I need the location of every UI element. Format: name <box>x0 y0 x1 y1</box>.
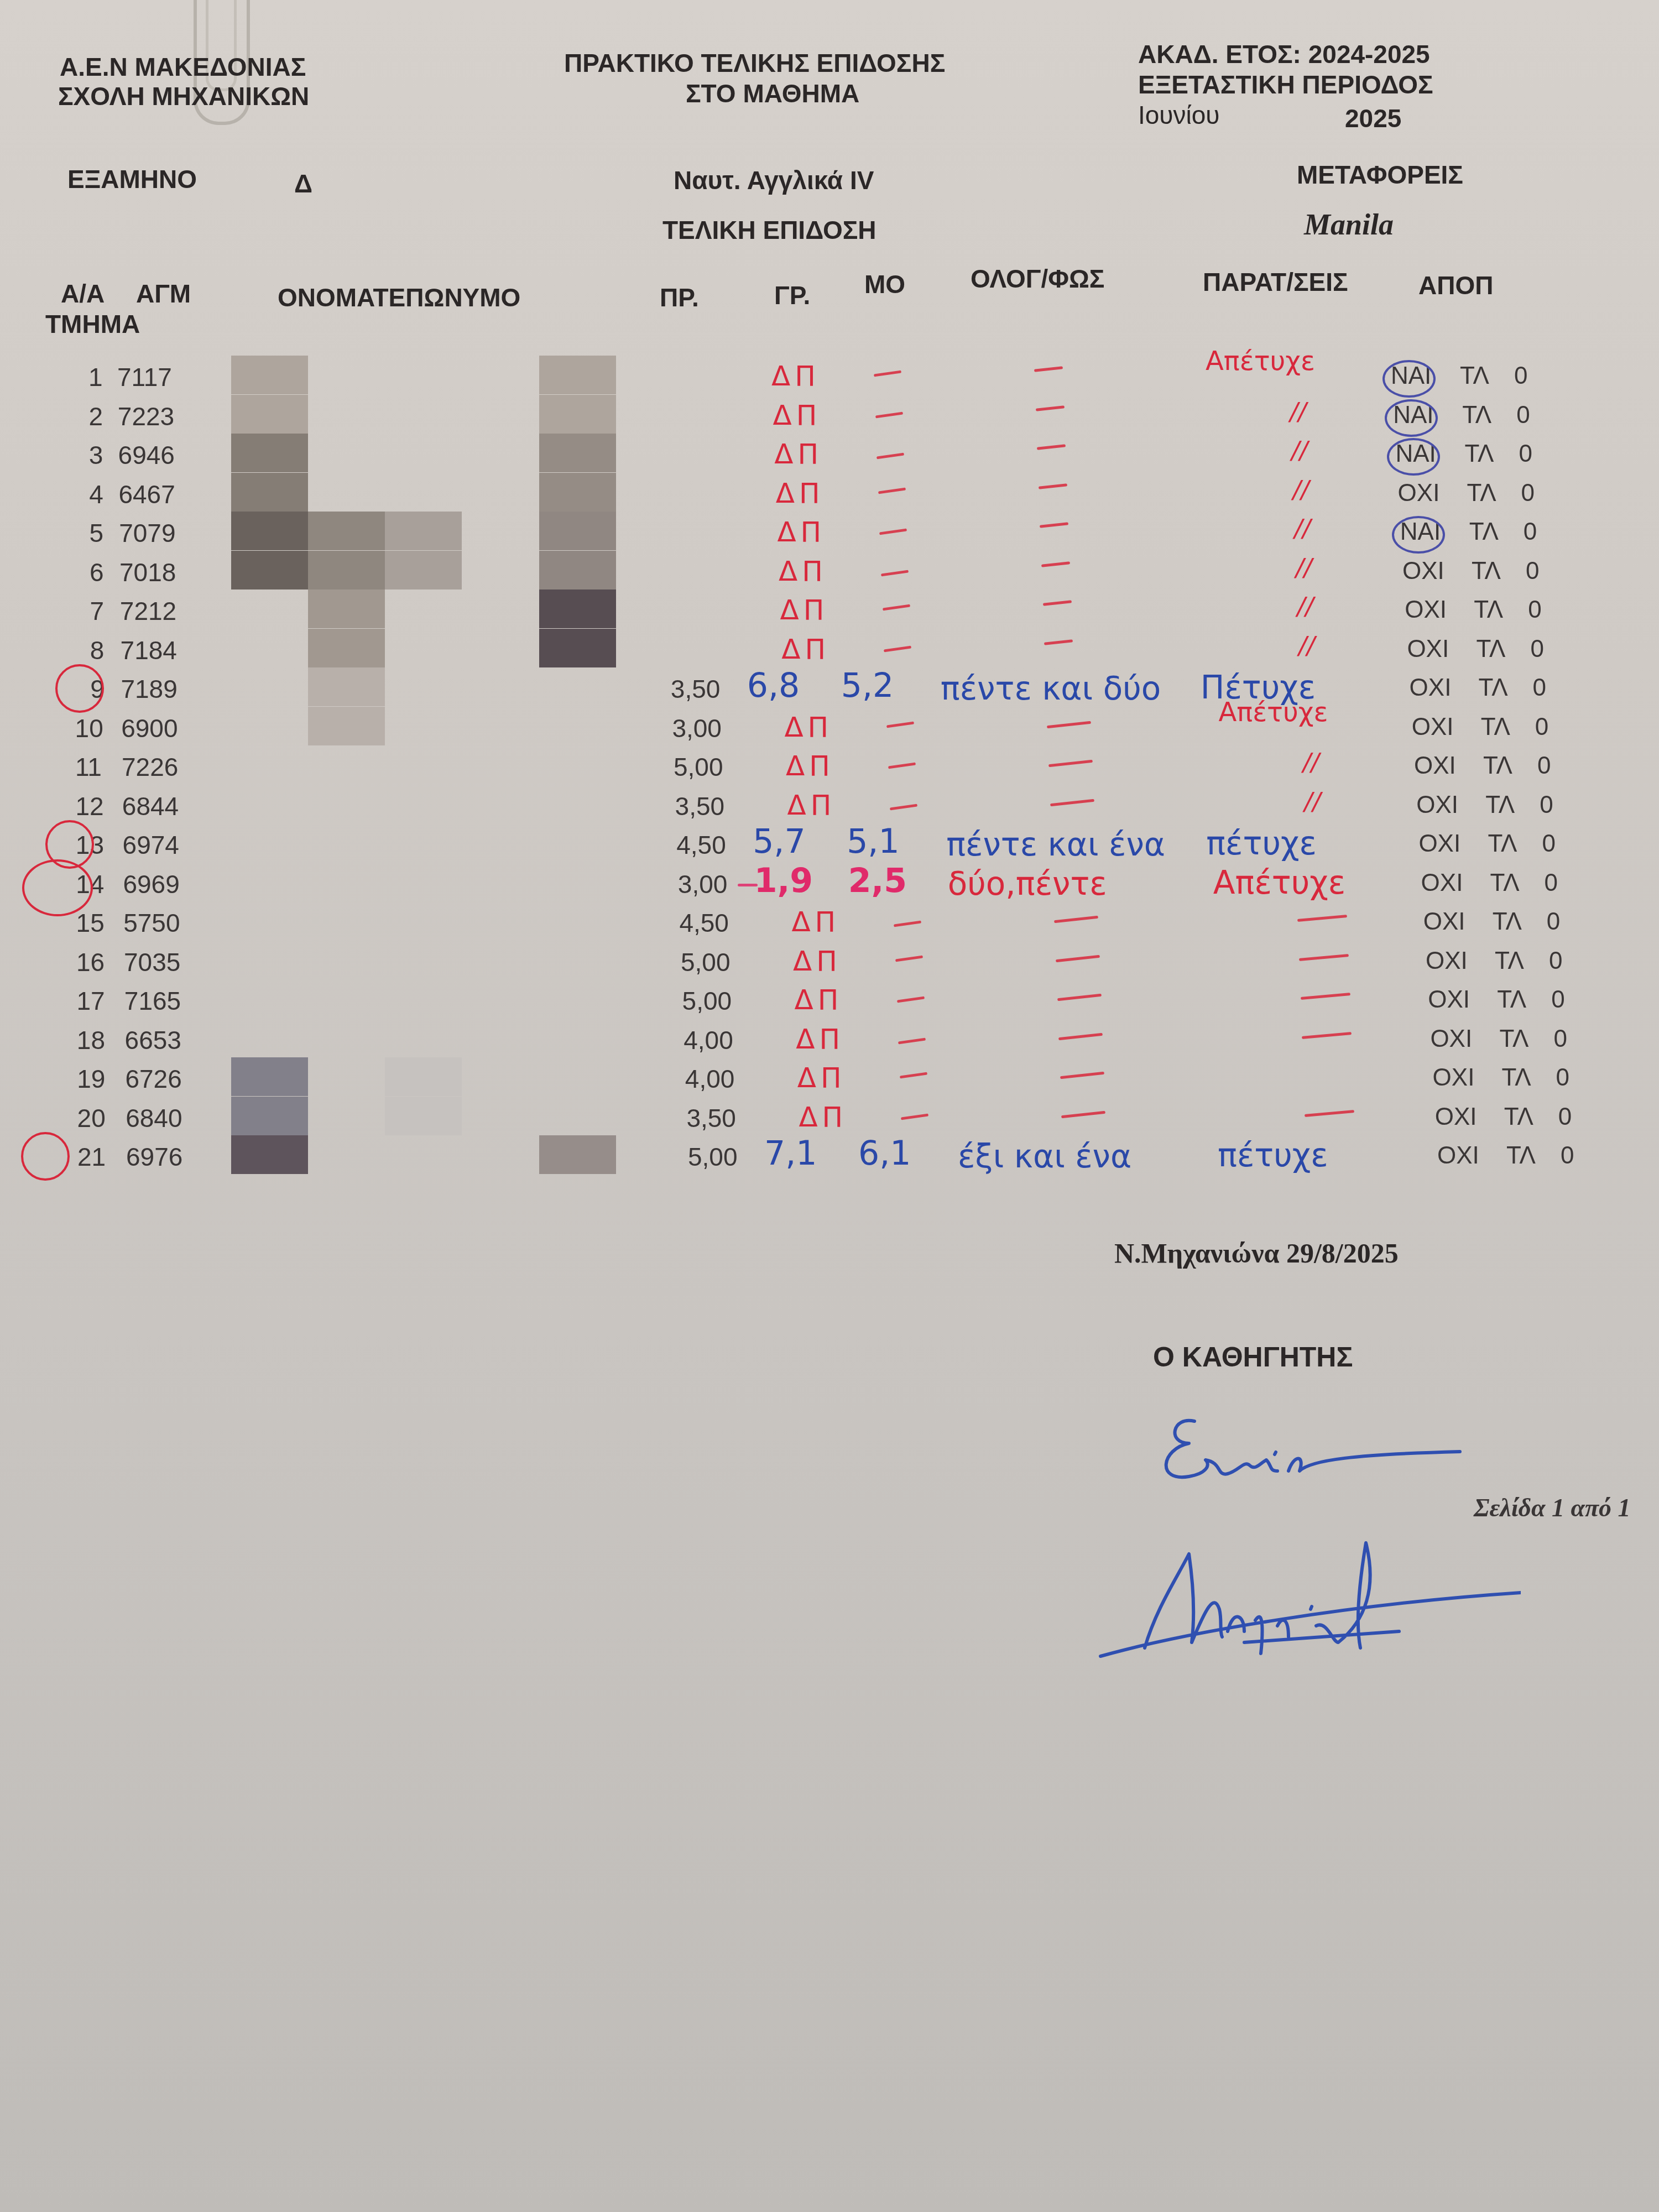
remarks: // <box>1294 515 1311 543</box>
empty-mark-dash <box>878 487 906 494</box>
table-row: 87184ΔΠ//ΟΧΙΤΛ0 <box>0 635 1659 674</box>
student-id: 6653 <box>125 1025 181 1055</box>
empty-mark-dash <box>1050 799 1094 806</box>
table-row: 1469693,001,92,5δύο,πέντεΑπέτυχεΟΧΙΤΛ0 <box>0 869 1659 908</box>
approval-circle-icon <box>1392 516 1445 554</box>
tl-label: ΤΛ <box>1469 518 1499 546</box>
approval-status: ΟΧΙ <box>1418 830 1460 858</box>
tl-label: ΤΛ <box>1481 713 1510 741</box>
col-ologrfos: ΟΛΟΓ/ΦΩΣ <box>971 264 1104 293</box>
table-row: 1866534,00ΔΠΟΧΙΤΛ0 <box>0 1025 1659 1064</box>
empty-mark-dash <box>1302 1032 1352 1039</box>
institution-name: Α.Ε.Ν ΜΑΚΕΔΟΝΙΑΣ <box>60 53 306 81</box>
tl-label: ΤΛ <box>1474 596 1503 624</box>
tl-value: 0 <box>1535 713 1548 741</box>
empty-mark-dash <box>895 955 923 962</box>
approval-circle-icon <box>1385 399 1438 437</box>
row-number: 6 <box>90 557 104 587</box>
approval-status: ΟΧΙ <box>1414 752 1456 780</box>
approval-status: ΟΧΙ <box>1426 947 1468 975</box>
tl-value: 0 <box>1542 830 1555 858</box>
tl-label: ΤΛ <box>1483 752 1512 780</box>
professor-signatures <box>1078 1410 1521 1687</box>
grade-pr: 5,00 <box>682 986 732 1016</box>
col-mo: ΜΟ <box>864 270 905 299</box>
grade-gr: ΔΠ <box>780 594 829 626</box>
grade-gr: ΔΠ <box>797 1062 846 1094</box>
student-id: 7189 <box>121 674 177 704</box>
tl-label: ΤΛ <box>1499 1025 1528 1053</box>
empty-mark-dash <box>1305 1110 1354 1117</box>
student-id: 7035 <box>124 947 180 977</box>
tl-value: 0 <box>1521 479 1535 507</box>
empty-mark-dash <box>877 453 904 460</box>
empty-mark-dash <box>901 1113 928 1120</box>
grade-gr: ΔΠ <box>799 1101 847 1133</box>
grade-pr: 4,00 <box>684 1025 733 1055</box>
remarks: Απέτυχε <box>1218 697 1328 728</box>
tl-value: 0 <box>1545 869 1558 897</box>
tl-label: ΤΛ <box>1488 830 1517 858</box>
grade-pr: 4,50 <box>676 830 726 860</box>
approval-status: ΟΧΙ <box>1402 557 1444 585</box>
student-id: 6969 <box>123 869 179 899</box>
tl-value: 0 <box>1558 1103 1572 1131</box>
tl-label: ΤΛ <box>1490 869 1520 897</box>
grade-mo: 6,1 <box>858 1134 911 1173</box>
col-pr: ΠΡ. <box>660 283 699 312</box>
table-row: 1069003,00ΔΠΑπέτυχεΟΧΙΤΛ0 <box>0 713 1659 752</box>
approval-status: ΟΧΙ <box>1437 1142 1479 1170</box>
tl-label: ΤΛ <box>1493 908 1522 936</box>
empty-mark-dash <box>1044 639 1073 645</box>
table-row: 1268443,50ΔΠ//ΟΧΙΤΛ0 <box>0 791 1659 830</box>
empty-mark-dash <box>881 570 909 576</box>
student-id: 6946 <box>118 440 175 470</box>
empty-mark-dash <box>1041 561 1070 567</box>
approval-status: ΟΧΙ <box>1430 1025 1472 1053</box>
student-id: 7018 <box>119 557 176 587</box>
empty-mark-dash <box>1034 366 1063 372</box>
tl-value: 0 <box>1537 752 1551 780</box>
row-number: 12 <box>75 791 103 821</box>
tl-label: ΤΛ <box>1506 1142 1536 1170</box>
document-subtitle: ΣΤΟ ΜΑΘΗΜΑ <box>686 79 859 108</box>
highlight-circle-icon <box>21 1132 70 1181</box>
grade-gr: ΔΠ <box>781 633 830 665</box>
empty-mark-dash <box>1297 915 1347 922</box>
grade-gr: ΔΠ <box>774 438 823 470</box>
tl-value: 0 <box>1556 1064 1569 1092</box>
empty-mark-dash <box>896 997 924 1003</box>
tl-value: 0 <box>1524 518 1537 546</box>
approval-status: ΟΧΙ <box>1421 869 1463 897</box>
approval-status: ΟΧΙ <box>1412 713 1454 741</box>
tl-value: 0 <box>1547 908 1560 936</box>
grade-gr: ΔΠ <box>777 516 826 548</box>
table-row: 2068403,50ΔΠΟΧΙΤΛ0 <box>0 1103 1659 1142</box>
empty-mark-dash <box>1058 1032 1103 1040</box>
student-id: 7212 <box>120 596 176 626</box>
col-remarks: ΠΑΡΑΤ/ΣΕΙΣ <box>1203 268 1348 296</box>
empty-mark-dash <box>898 1037 926 1044</box>
row-number: 21 <box>77 1142 106 1172</box>
grade-gr: ΔΠ <box>779 555 827 587</box>
grade-mo: 5,1 <box>847 822 899 861</box>
student-id: 7079 <box>119 518 175 548</box>
row-number: 18 <box>77 1025 105 1055</box>
tl-value: 0 <box>1516 401 1530 429</box>
remarks: // <box>1293 476 1310 504</box>
empty-mark-dash <box>875 411 902 418</box>
row-number: 20 <box>77 1103 106 1133</box>
col-agm: ΑΓΜ <box>136 279 191 308</box>
row-number: 8 <box>90 635 105 665</box>
grade-gr: ΔΠ <box>795 984 843 1016</box>
row-number: 3 <box>89 440 103 470</box>
tl-label: ΤΛ <box>1460 362 1489 390</box>
student-id: 6974 <box>123 830 179 860</box>
grade-gr: ΔΠ <box>787 789 836 821</box>
empty-mark-dash <box>1047 721 1091 728</box>
grade-gr: 1,9 <box>754 862 813 900</box>
student-id: 7184 <box>121 635 177 665</box>
student-id: 6976 <box>126 1142 182 1172</box>
grade-pr: 3,50 <box>675 791 725 821</box>
tl-label: ΤΛ <box>1485 791 1515 819</box>
approval-status: ΟΧΙ <box>1416 791 1458 819</box>
highlight-circle-icon <box>55 664 104 713</box>
remarks: // <box>1290 398 1307 426</box>
grade-pr: 3,00 <box>672 713 722 743</box>
grade-gr: ΔΠ <box>793 945 842 977</box>
grade-pr: 4,50 <box>679 908 729 938</box>
remarks: // <box>1291 437 1308 465</box>
table-row: 1172265,00ΔΠ//ΟΧΙΤΛ0 <box>0 752 1659 791</box>
table-row: 46467ΔΠ//ΟΧΙΤΛ0 <box>0 479 1659 518</box>
table-row: 27223ΔΠ//ΝΑΙΤΛ0 <box>0 401 1659 440</box>
empty-mark-dash <box>1042 600 1071 606</box>
remarks: // <box>1305 788 1321 816</box>
exam-period-label: ΕΞΕΤΑΣΤΙΚΗ ΠΕΡΙΟΔΟΣ <box>1138 70 1433 99</box>
empty-mark-dash <box>1056 954 1100 962</box>
tl-label: ΤΛ <box>1464 440 1494 468</box>
remarks: // <box>1296 554 1312 582</box>
signature-1-icon <box>1166 1421 1460 1477</box>
tl-value: 0 <box>1528 596 1541 624</box>
exam-year: 2025 <box>1345 104 1401 133</box>
student-id: 6726 <box>125 1064 181 1094</box>
approval-status: ΟΧΙ <box>1407 635 1449 663</box>
empty-mark-dash <box>1040 522 1068 528</box>
empty-mark-dash <box>1039 483 1067 489</box>
table-row: 1369744,505,75,1πέντε και έναπέτυχεΟΧΙΤΛ… <box>0 830 1659 869</box>
col-name: ΟΝΟΜΑΤΕΠΩΝΥΜΟ <box>278 283 520 312</box>
grade-pr: 5,00 <box>674 752 723 782</box>
tl-value: 0 <box>1533 674 1546 702</box>
table-row: 17117ΔΠΑπέτυχεΝΑΙΤΛ0 <box>0 362 1659 401</box>
remarks: // <box>1298 632 1315 660</box>
remarks: πέτυχε <box>1206 825 1317 862</box>
grade-pr: 4,00 <box>685 1064 735 1094</box>
row-number: 7 <box>90 596 104 626</box>
empty-mark-dash <box>874 371 901 377</box>
minus-mark <box>738 884 758 886</box>
grade-gr: ΔΠ <box>771 360 820 392</box>
grade-gr: ΔΠ <box>776 477 825 509</box>
tl-label: ΤΛ <box>1472 557 1501 585</box>
table-row: 77212ΔΠ//ΟΧΙΤΛ0 <box>0 596 1659 635</box>
tl-label: ΤΛ <box>1502 1064 1531 1092</box>
remarks: Απέτυχε <box>1206 346 1315 377</box>
grade-mo: 5,2 <box>841 666 894 705</box>
department: ΜΕΤΑΦΟΡΕΙΣ <box>1297 160 1463 189</box>
empty-mark-dash <box>1035 405 1064 411</box>
student-id: 7223 <box>118 401 174 431</box>
table-row: 57079ΔΠ//ΝΑΙΤΛ0 <box>0 518 1659 557</box>
tl-value: 0 <box>1540 791 1553 819</box>
approval-circle-icon <box>1383 360 1436 398</box>
tl-value: 0 <box>1561 1142 1574 1170</box>
empty-mark-dash <box>889 804 917 810</box>
tl-label: ΤΛ <box>1504 1103 1533 1131</box>
remarks: Απέτυχε <box>1213 864 1345 901</box>
tl-label: ΤΛ <box>1495 947 1524 975</box>
grade-in-words: πέντε και δύο <box>941 670 1161 707</box>
row-number: 4 <box>89 479 103 509</box>
course-name: Ναυτ. Αγγλικά IV <box>674 166 874 195</box>
tl-value: 0 <box>1549 947 1562 975</box>
remarks: πέτυχε <box>1218 1136 1328 1174</box>
place-date: Ν.Μηχανιώνα 29/8/2025 <box>1114 1237 1399 1269</box>
empty-mark-dash <box>1048 760 1093 767</box>
empty-mark-dash <box>900 1072 927 1079</box>
professor-label: Ο ΚΑΘΗΓΗΤΗΣ <box>1153 1343 1353 1371</box>
grade-gr: ΔΠ <box>784 711 833 743</box>
grade-pr: 5,00 <box>688 1142 738 1172</box>
semester-label: ΕΞΑΜΗΝΟ <box>67 165 197 194</box>
remarks: // <box>1297 593 1314 621</box>
section-name: Manila <box>1304 207 1394 242</box>
approval-status: ΟΧΙ <box>1405 596 1447 624</box>
tl-value: 0 <box>1530 635 1543 663</box>
grade-gr: 5,7 <box>753 822 805 861</box>
approval-status: ΟΧΙ <box>1410 674 1452 702</box>
table-row: 1967264,00ΔΠΟΧΙΤΛ0 <box>0 1064 1659 1103</box>
empty-mark-dash <box>884 645 911 652</box>
school-name: ΣΧΟΛΗ ΜΗΧΑΝΙΚΩΝ <box>58 82 309 111</box>
tl-value: 0 <box>1526 557 1539 585</box>
empty-mark-dash <box>1060 1072 1104 1079</box>
tl-label: ΤΛ <box>1497 986 1526 1014</box>
table-row: 1670355,00ΔΠΟΧΙΤΛ0 <box>0 947 1659 986</box>
table-row: 1557504,50ΔΠΟΧΙΤΛ0 <box>0 908 1659 947</box>
col-gr: ΓΡ. <box>774 281 810 310</box>
grade-gr: ΔΠ <box>773 399 822 431</box>
student-id: 5750 <box>123 908 180 938</box>
row-number: 15 <box>76 908 105 938</box>
empty-mark-dash <box>1301 993 1350 1000</box>
approval-status: ΟΧΙ <box>1423 908 1465 936</box>
table-row: 971893,506,85,2πέντε και δύοΠέτυχεΟΧΙΤΛ0 <box>0 674 1659 713</box>
tl-label: ΤΛ <box>1462 401 1491 429</box>
approval-status: ΟΧΙ <box>1428 986 1470 1014</box>
row-number: 10 <box>75 713 103 743</box>
student-id: 6844 <box>122 791 179 821</box>
row-number: 19 <box>77 1064 105 1094</box>
student-id: 7117 <box>117 362 172 392</box>
grade-mo: 2,5 <box>848 862 907 900</box>
row-number: 16 <box>76 947 105 977</box>
col-tmima: ΤΜΗΜΑ <box>45 310 140 338</box>
empty-mark-dash <box>879 529 907 535</box>
document-title: ΠΡΑΚΤΙΚΟ ΤΕΛΙΚΗΣ ΕΠΙΔΟΣΗΣ <box>564 49 945 77</box>
grade-gr: ΔΠ <box>796 1023 844 1055</box>
empty-mark-dash <box>1299 954 1349 961</box>
tl-value: 0 <box>1553 1025 1567 1053</box>
tl-value: 0 <box>1514 362 1527 390</box>
remarks: // <box>1303 749 1319 777</box>
grade-gr: ΔΠ <box>786 750 834 782</box>
row-number: 2 <box>88 401 103 431</box>
student-id: 6467 <box>118 479 175 509</box>
table-row: 67018ΔΠ//ΟΧΙΤΛ0 <box>0 557 1659 596</box>
row-number: 1 <box>88 362 103 392</box>
grade-in-words: δύο,πέντε <box>948 865 1107 902</box>
tl-value: 0 <box>1519 440 1532 468</box>
student-id: 6840 <box>126 1103 182 1133</box>
row-number: 11 <box>75 752 102 782</box>
signature-2-icon <box>1100 1543 1521 1656</box>
empty-mark-dash <box>882 604 910 611</box>
empty-mark-dash <box>1037 444 1066 450</box>
tl-label: ΤΛ <box>1479 674 1508 702</box>
approval-status: ΟΧΙ <box>1433 1064 1475 1092</box>
tl-label: ΤΛ <box>1476 635 1505 663</box>
table-row: 1771655,00ΔΠΟΧΙΤΛ0 <box>0 986 1659 1025</box>
empty-mark-dash <box>1057 994 1102 1001</box>
empty-mark-dash <box>886 721 914 728</box>
approval-status: ΟΧΙ <box>1435 1103 1477 1131</box>
grade-in-words: πέντε και ένα <box>946 826 1165 863</box>
empty-mark-dash <box>1061 1110 1105 1118</box>
row-number: 17 <box>76 986 105 1016</box>
grade-pr: 3,50 <box>671 674 721 704</box>
academic-year: ΑΚΑΔ. ΕΤΟΣ: 2024-2025 <box>1138 40 1430 69</box>
student-id: 7226 <box>122 752 178 782</box>
student-id: 6900 <box>121 713 178 743</box>
grade-gr: ΔΠ <box>791 906 840 938</box>
grade-in-words: έξι και ένα <box>958 1138 1131 1175</box>
col-apop: ΑΠΟΠ <box>1418 271 1493 300</box>
approval-status: ΟΧΙ <box>1398 479 1440 507</box>
table-row: 36946ΔΠ//ΝΑΙΤΛ0 <box>0 440 1659 479</box>
empty-mark-dash <box>894 921 921 927</box>
student-id: 7165 <box>124 986 181 1016</box>
exam-month: Ιουνίου <box>1138 101 1219 129</box>
row-number: 5 <box>90 518 104 548</box>
approval-circle-icon <box>1387 438 1440 476</box>
empty-mark-dash <box>888 763 916 769</box>
semester-value: Δ <box>294 169 312 198</box>
grade-pr: 3,00 <box>678 869 728 899</box>
col-aa: Α/Α <box>61 279 105 308</box>
grade-pr: 3,50 <box>686 1103 736 1133</box>
tl-value: 0 <box>1551 986 1564 1014</box>
tl-label: ΤΛ <box>1467 479 1496 507</box>
final-performance-label: ΤΕΛΙΚΗ ΕΠΙΔΟΣΗ <box>662 216 877 244</box>
grade-pr: 5,00 <box>681 947 731 977</box>
table-row: 2169765,007,16,1έξι και έναπέτυχεΟΧΙΤΛ0 <box>0 1142 1659 1181</box>
grade-gr: 6,8 <box>747 666 800 705</box>
grade-gr: 7,1 <box>764 1134 817 1173</box>
empty-mark-dash <box>1054 916 1098 923</box>
